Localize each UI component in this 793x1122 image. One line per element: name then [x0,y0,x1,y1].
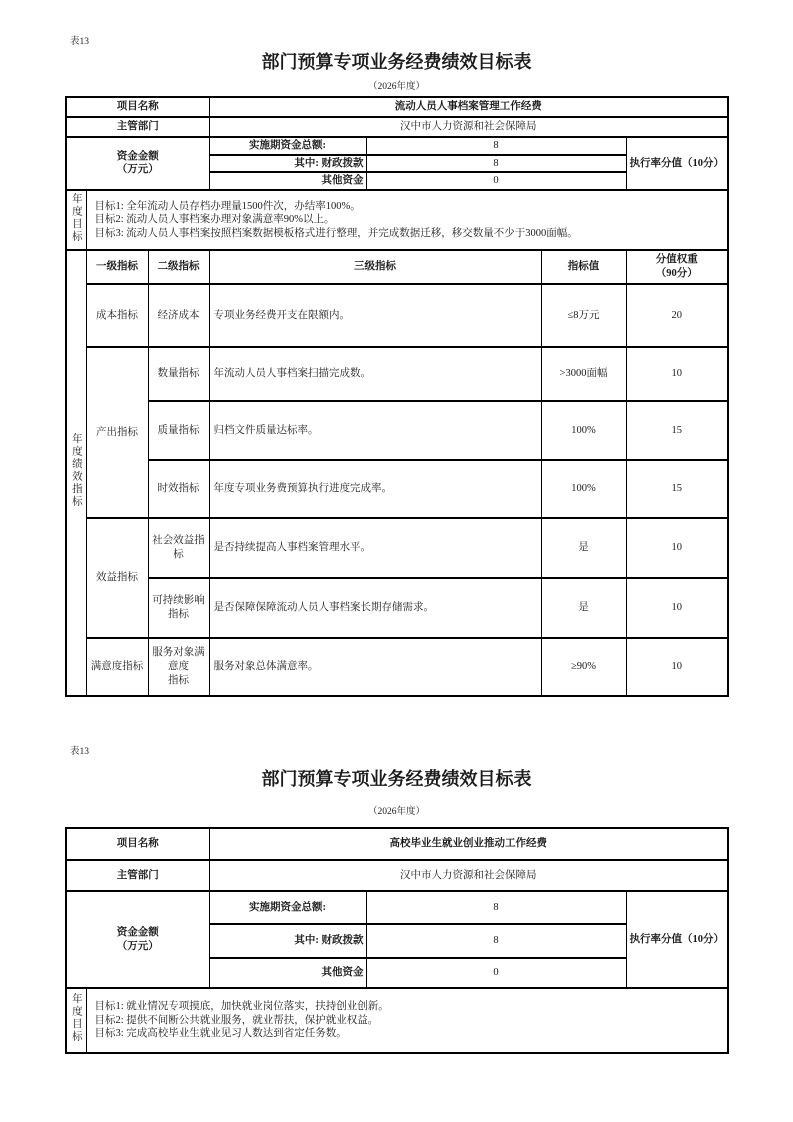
project-value-cell: 高校毕业生就业创业推动工作经费 [209,828,728,860]
indicator-l2-cell: 服务对象满意度 指标 [148,638,209,696]
indicator-value-cell: 100% [541,460,626,518]
annual-goals-cell: 目标1: 全年流动人员存档办理量1500件次，办结率100%。 目标2: 流动人… [86,190,728,250]
fund-item-label-cell: 其他资金 [209,958,366,988]
indicator-l3-cell: 专项业务经费开支在限额内。 [209,284,541,347]
fund-label-cell: 资金金额 （万元） [66,137,209,190]
department-value-cell: 汉中市人力资源和社会保障局 [209,117,728,137]
goal-line: 目标3: 流动人员人事档案按照档案数据模板格式进行整理，并完成数据迁移，移交数量… [95,227,720,241]
indicator-l2-cell: 经济成本 [148,284,209,347]
indicator-row: 效益指标 社会效益指标 是否持续提高人事档案管理水平。 是 10 [66,518,728,578]
indicator-l3-cell: 是否保障保障流动人员人事档案长期存储需求。 [209,578,541,638]
budget-table-2: 项目名称 高校毕业生就业创业推动工作经费 主管部门 汉中市人力资源和社会保障局 … [65,827,729,1054]
page-title: 部门预算专项业务经费绩效目标表 [0,768,793,790]
project-label-cell: 项目名称 [66,828,209,860]
indicator-l2-cell: 质量指标 [148,401,209,460]
execution-score-cell: 执行率分值（10分） [626,137,728,190]
indicator-value-cell: 是 [541,578,626,638]
indicator-value-cell: >3000面幅 [541,347,626,401]
indicator-level3-header: 三级指标 [209,250,541,284]
department-label-cell: 主管部门 [66,860,209,891]
year-caption: （2026年度） [0,81,793,93]
indicator-row: 时效指标 年度专项业务费预算执行进度完成率。 100% 15 [66,460,728,518]
indicator-weight-cell: 10 [626,638,728,696]
indicator-weight-cell: 10 [626,578,728,638]
indicator-l2-cell: 社会效益指标 [148,518,209,578]
project-value-cell: 流动人员人事档案管理工作经费 [209,97,728,117]
indicator-l1-cell: 效益指标 [86,518,148,638]
goal-line: 目标2: 流动人员人事档案办理对象满意率90%以上。 [95,213,720,227]
indicator-l2-cell: 可持续影响指标 [148,578,209,638]
goal-line: 目标1: 就业情况专项摸底，加快就业岗位落实，扶持创业创新。 [95,1000,720,1014]
annual-goal-label: 年度目标 [70,193,83,243]
annual-goal-label-cell: 年度目标 [66,988,86,1053]
goal-line: 目标2: 提供不间断公共就业服务，就业帮扶，保护就业权益。 [95,1014,720,1028]
indicator-weight-header: 分值权重 （90分） [626,250,728,284]
indicator-row: 产出指标 数量指标 年流动人员人事档案扫描完成数。 >3000面幅 10 [66,347,728,401]
indicator-row: 满意度指标 服务对象满意度 指标 服务对象总体满意率。 ≥90% 10 [66,638,728,696]
indicator-l3-cell: 年流动人员人事档案扫描完成数。 [209,347,541,401]
indicator-level2-header: 二级指标 [148,250,209,284]
indicator-l1-cell: 产出指标 [86,347,148,518]
indicator-l2-cell: 数量指标 [148,347,209,401]
table-tag: 表13 [70,746,793,758]
indicator-l3-cell: 归档文件质量达标率。 [209,401,541,460]
fund-item-label-cell: 实施期资金总额: [209,891,366,924]
indicator-value-cell: 是 [541,518,626,578]
annual-goals-cell: 目标1: 就业情况专项摸底，加快就业岗位落实，扶持创业创新。 目标2: 提供不间… [86,988,728,1053]
indicator-weight-cell: 15 [626,460,728,518]
indicator-l3-cell: 服务对象总体满意率。 [209,638,541,696]
indicator-value-header: 指标值 [541,250,626,284]
budget-section-1: 表13 部门预算专项业务经费绩效目标表 （2026年度） 项目名称 流动人员人事… [0,36,793,697]
indicator-weight-cell: 15 [626,401,728,460]
indicator-row: 可持续影响指标 是否保障保障流动人员人事档案长期存储需求。 是 10 [66,578,728,638]
indicator-l2-cell: 时效指标 [148,460,209,518]
fund-item-value-cell: 8 [366,891,626,924]
indicator-row: 质量指标 归档文件质量达标率。 100% 15 [66,401,728,460]
department-value-cell: 汉中市人力资源和社会保障局 [209,860,728,891]
budget-table-1: 项目名称 流动人员人事档案管理工作经费 主管部门 汉中市人力资源和社会保障局 资… [65,96,729,697]
annual-goal-label: 年度目标 [70,993,83,1043]
fund-item-label-cell: 其中: 财政拨款 [209,924,366,958]
table-tag: 表13 [70,36,793,48]
indicator-l1-cell: 满意度指标 [86,638,148,696]
budget-section-2: 表13 部门预算专项业务经费绩效目标表 （2026年度） 项目名称 高校毕业生就… [0,746,793,1054]
document-page: 表13 部门预算专项业务经费绩效目标表 （2026年度） 项目名称 流动人员人事… [0,0,793,1122]
goal-line: 目标1: 全年流动人员存档办理量1500件次，办结率100%。 [95,200,720,214]
indicator-l1-cell: 成本指标 [86,284,148,347]
indicator-row: 成本指标 经济成本 专项业务经费开支在限额内。 ≤8万元 20 [66,284,728,347]
project-label-cell: 项目名称 [66,97,209,117]
annual-goal-label-cell: 年度目标 [66,190,86,250]
page-title: 部门预算专项业务经费绩效目标表 [0,51,793,73]
fund-item-value-cell: 8 [366,155,626,173]
fund-item-value-cell: 0 [366,172,626,190]
performance-label: 年度绩效指标 [70,433,83,508]
fund-item-label-cell: 其他资金 [209,172,366,190]
fund-item-value-cell: 0 [366,958,626,988]
fund-item-value-cell: 8 [366,924,626,958]
indicator-value-cell: ≤8万元 [541,284,626,347]
fund-item-label-cell: 实施期资金总额: [209,137,366,155]
indicator-weight-cell: 10 [626,347,728,401]
execution-score-cell: 执行率分值（10分） [626,891,728,988]
indicator-level1-header: 一级指标 [86,250,148,284]
indicator-l3-cell: 年度专项业务费预算执行进度完成率。 [209,460,541,518]
indicator-l3-cell: 是否持续提高人事档案管理水平。 [209,518,541,578]
department-label-cell: 主管部门 [66,117,209,137]
fund-item-label-cell: 其中: 财政拨款 [209,155,366,173]
performance-label-cell: 年度绩效指标 [66,250,86,696]
indicator-value-cell: 100% [541,401,626,460]
year-caption: （2026年度） [0,806,793,818]
goal-line: 目标3: 完成高校毕业生就业见习人数达到省定任务数。 [95,1027,720,1041]
fund-label-cell: 资金金额 （万元） [66,891,209,988]
fund-item-value-cell: 8 [366,137,626,155]
indicator-weight-cell: 20 [626,284,728,347]
indicator-weight-cell: 10 [626,518,728,578]
indicator-value-cell: ≥90% [541,638,626,696]
